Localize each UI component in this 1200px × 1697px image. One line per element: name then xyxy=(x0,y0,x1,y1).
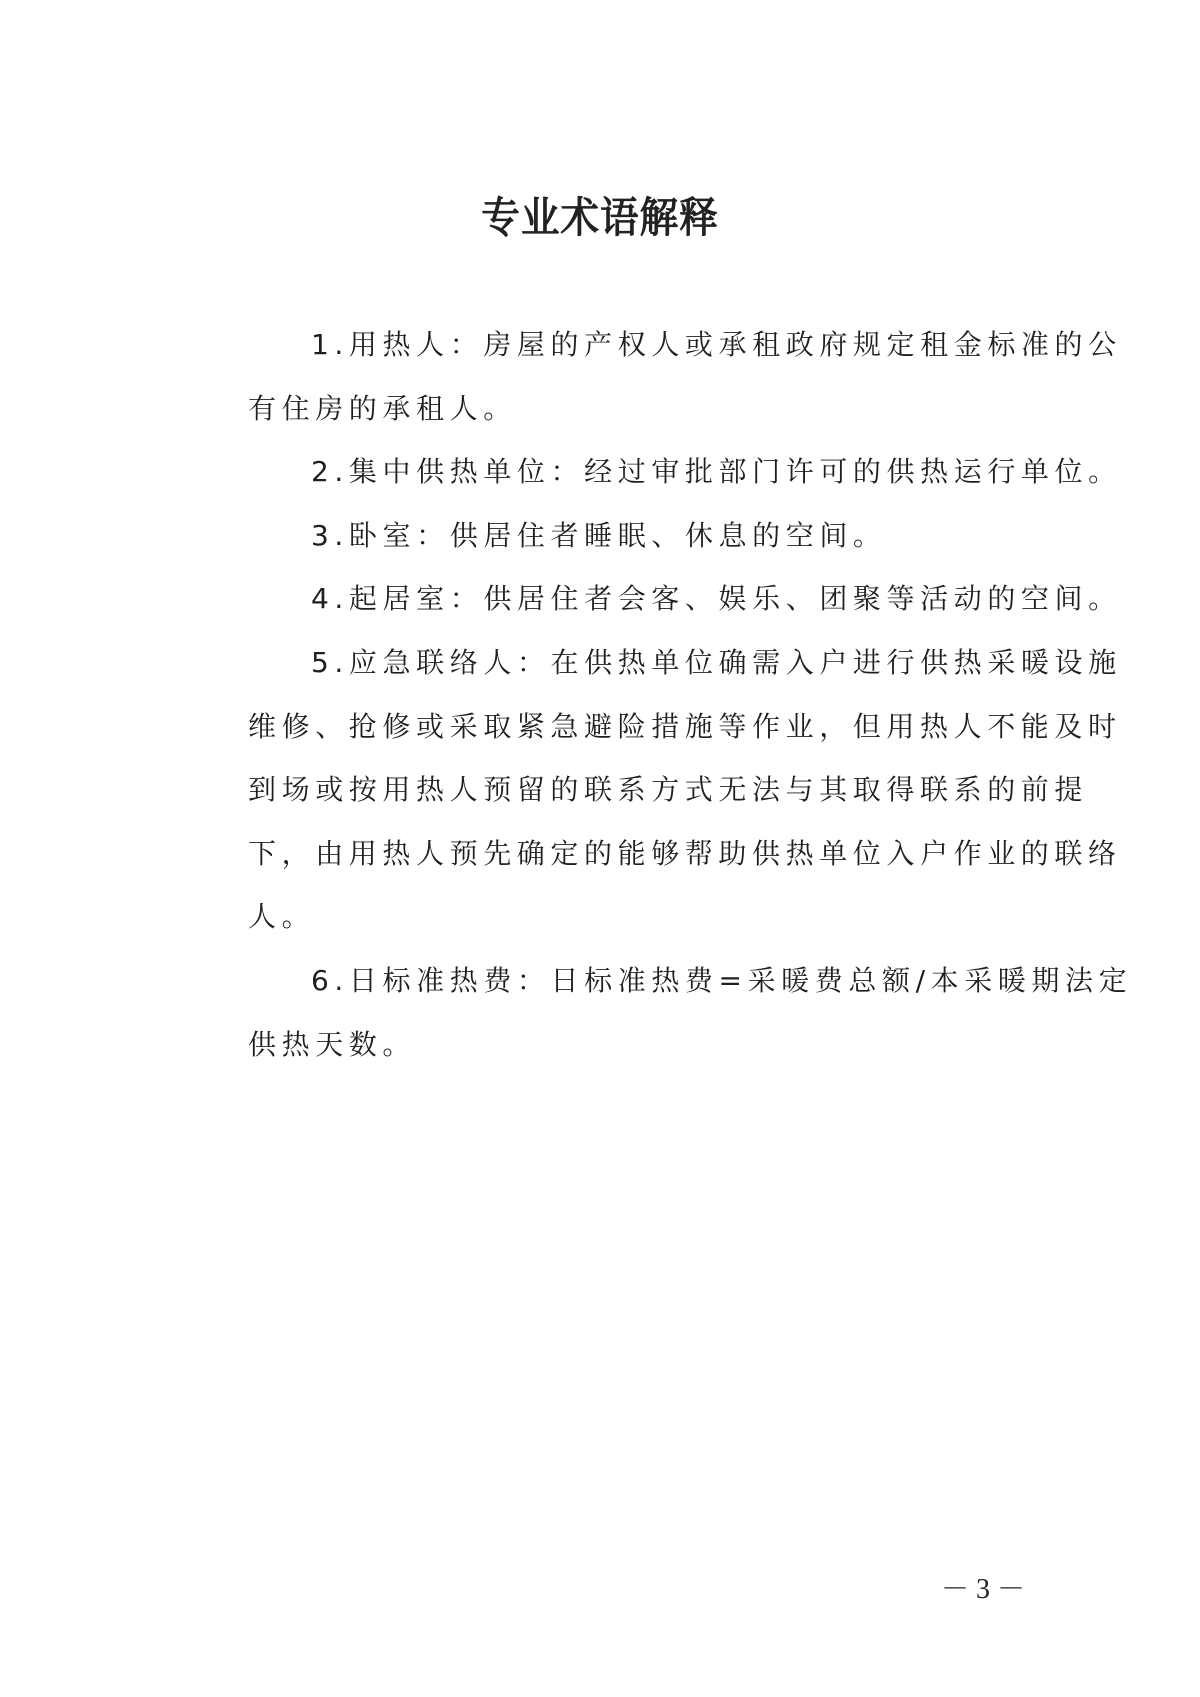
page-title: 专业术语解释 xyxy=(48,190,1152,246)
text-line: 3.卧室：供居住者睡眠、休息的空间。 xyxy=(185,504,1027,568)
text-line: 1.用热人：房屋的产权人或承租政府规定租金标准的公 xyxy=(185,313,1027,377)
text-line: 6.日标准热费：日标准热费=采暖费总额/本采暖期法定 xyxy=(185,949,1027,1013)
term-paragraph-6: 6.日标准热费：日标准热费=采暖费总额/本采暖期法定 供热天数。 xyxy=(185,949,1027,1076)
term-paragraph-5: 5.应急联络人：在供热单位确需入户进行供热采暖设施 维修、抢修或采取紧急避险措施… xyxy=(185,631,1027,949)
term-paragraph-3: 3.卧室：供居住者睡眠、休息的空间。 xyxy=(185,504,1027,568)
term-paragraph-4: 4.起居室：供居住者会客、娱乐、团聚等活动的空间。 xyxy=(185,567,1027,631)
page-number: － 3 － xyxy=(940,1574,1026,1606)
text-line: 供热天数。 xyxy=(185,1013,1027,1077)
text-line: 下，由用热人预先确定的能够帮助供热单位入户作业的联络 xyxy=(185,822,1027,886)
term-paragraph-2: 2.集中供热单位：经过审批部门许可的供热运行单位。 xyxy=(185,440,1027,504)
text-line: 2.集中供热单位：经过审批部门许可的供热运行单位。 xyxy=(185,440,1027,504)
text-line: 5.应急联络人：在供热单位确需入户进行供热采暖设施 xyxy=(185,631,1027,695)
document-page: 专业术语解释 1.用热人：房屋的产权人或承租政府规定租金标准的公 有住房的承租人… xyxy=(0,0,1200,1697)
text-line: 4.起居室：供居住者会客、娱乐、团聚等活动的空间。 xyxy=(185,567,1027,631)
text-line: 维修、抢修或采取紧急避险措施等作业，但用热人不能及时 xyxy=(185,695,1027,759)
text-line: 人。 xyxy=(185,885,1027,949)
term-paragraph-1: 1.用热人：房屋的产权人或承租政府规定租金标准的公 有住房的承租人。 xyxy=(185,313,1027,440)
text-line: 有住房的承租人。 xyxy=(185,377,1027,441)
terms-body: 1.用热人：房屋的产权人或承租政府规定租金标准的公 有住房的承租人。 2.集中供… xyxy=(185,313,1027,1076)
text-line: 到场或按用热人预留的联系方式无法与其取得联系的前提 xyxy=(185,758,1027,822)
